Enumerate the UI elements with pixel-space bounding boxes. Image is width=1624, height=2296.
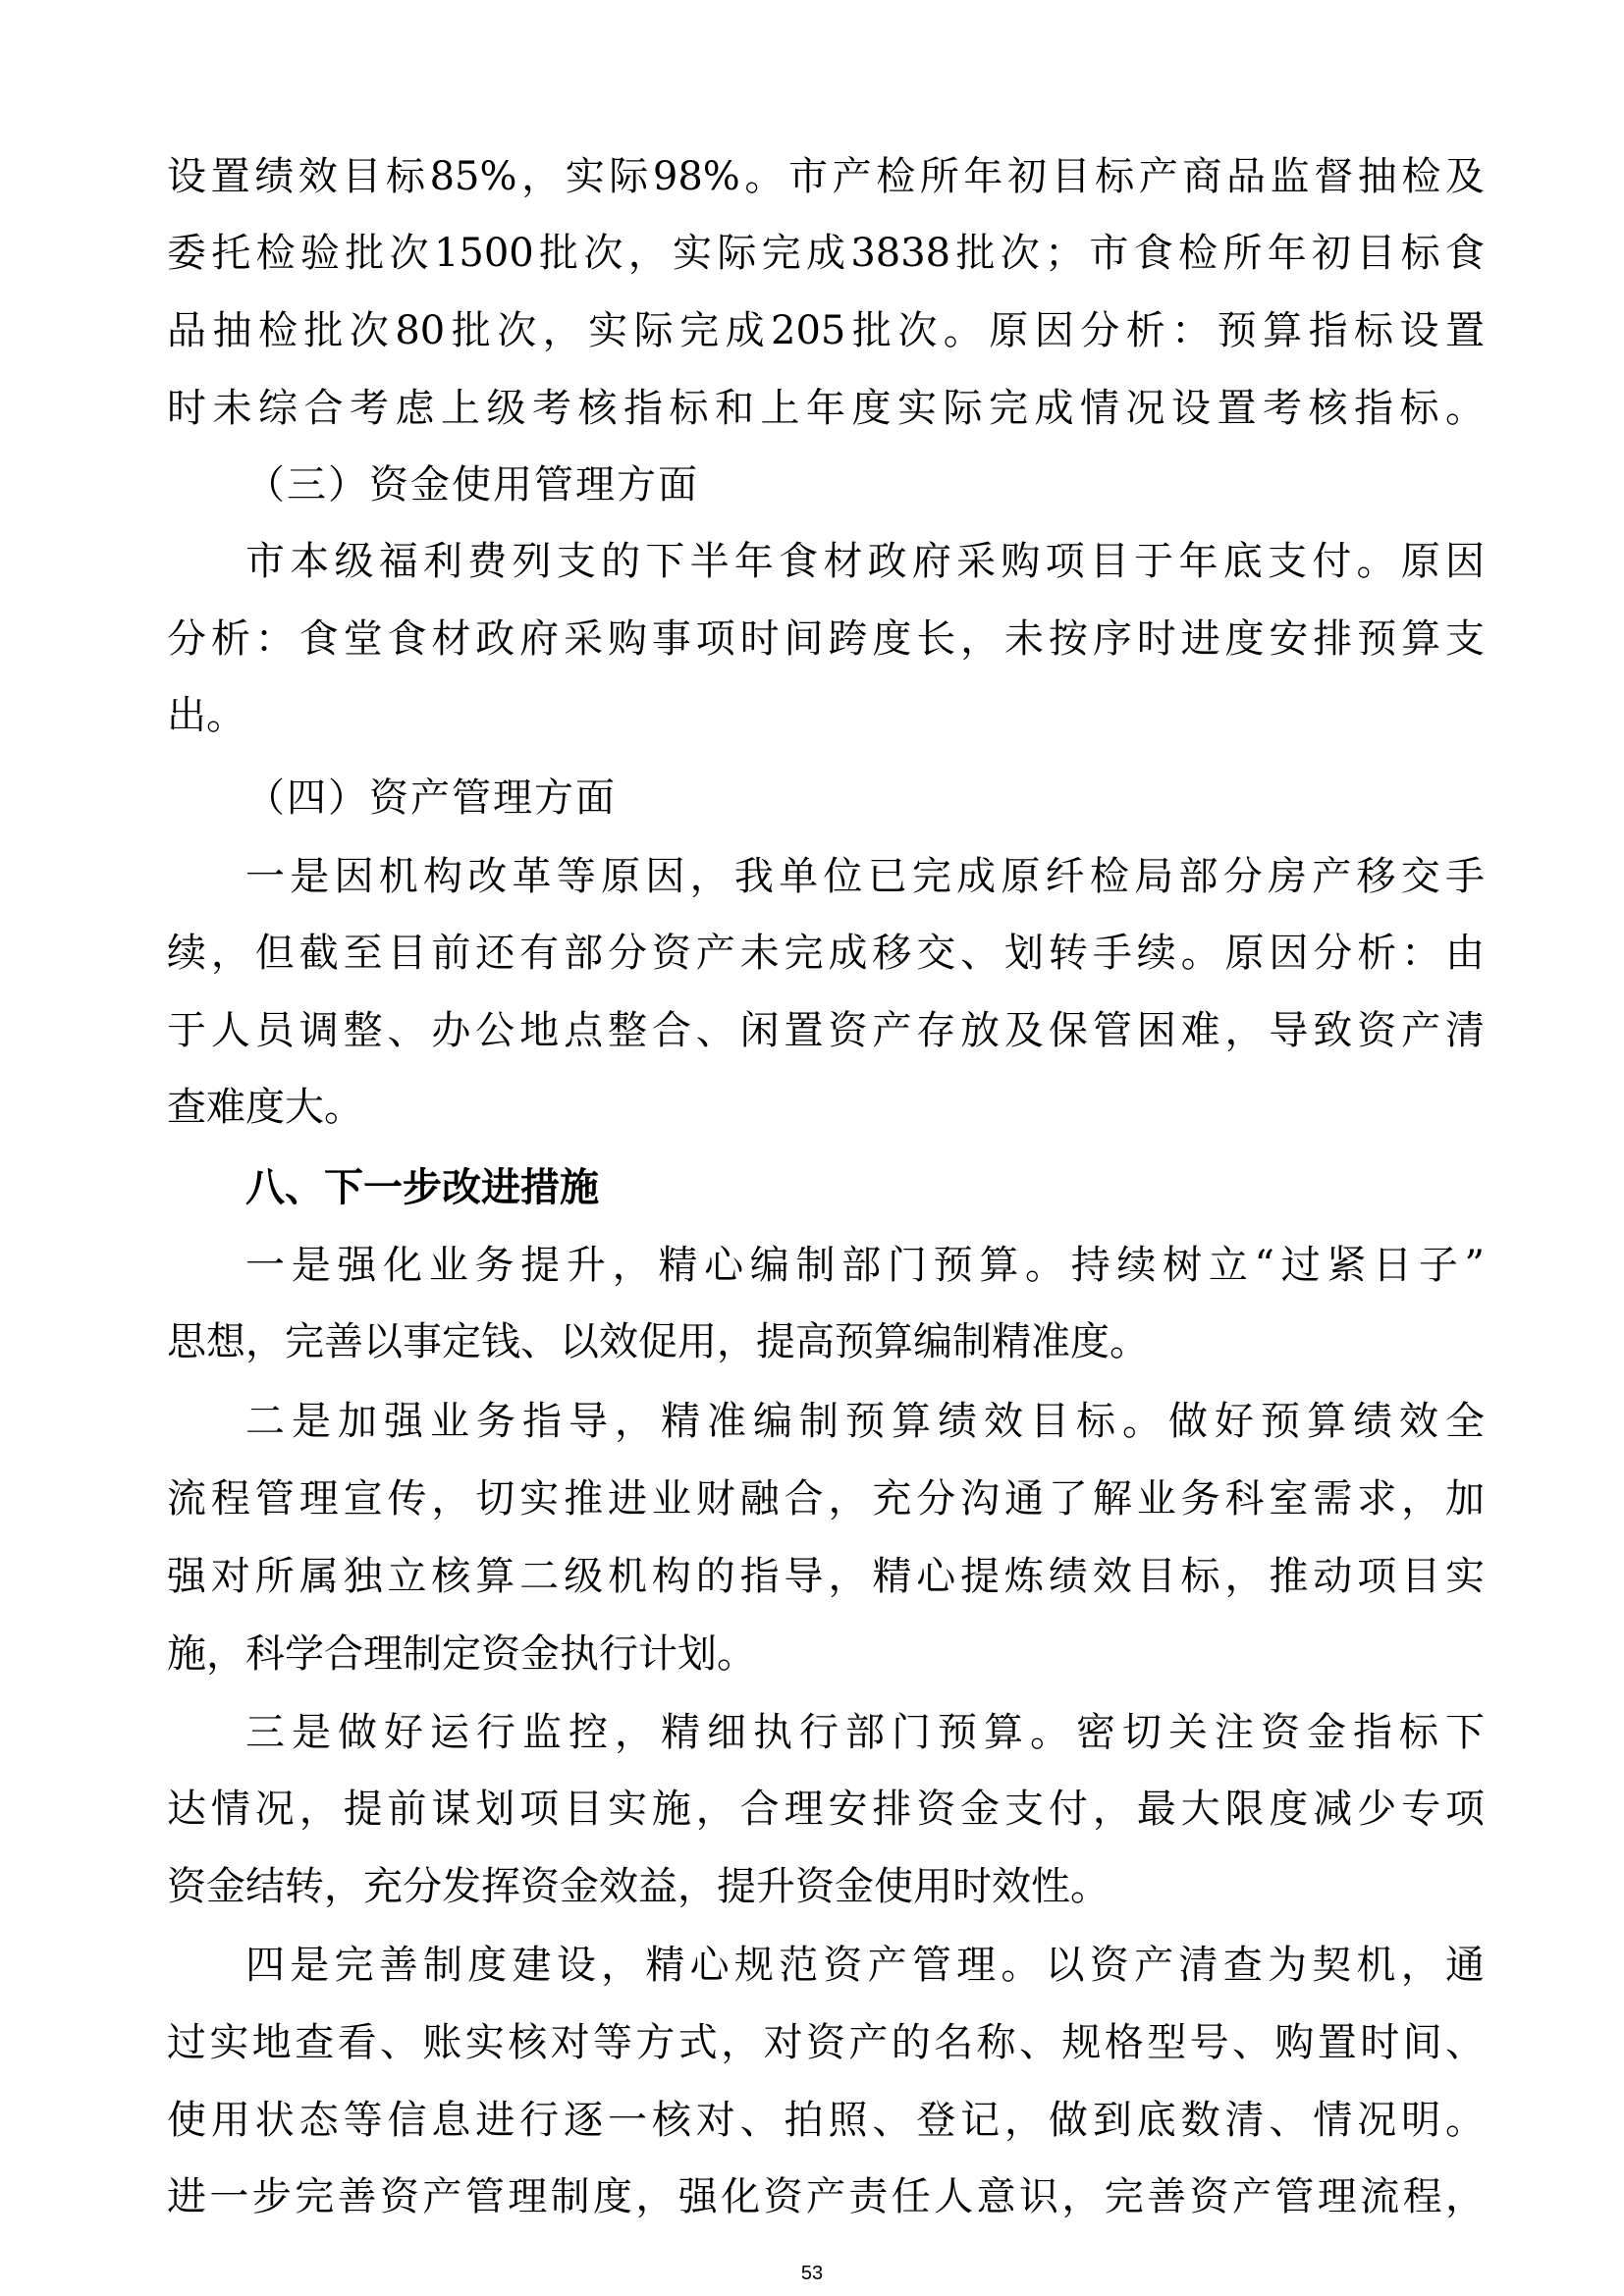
paragraph-last-line: 查难度大。 [167, 1080, 1485, 1135]
paragraph-line: 品抽检批次80批次，实际完成205批次。原因分析：预算指标设置 [167, 303, 1485, 358]
section-heading: （三）资金使用管理方面 [245, 457, 699, 512]
paragraph-line: 续，但截至目前还有部分资产未完成移交、划转手续。原因分析：由 [167, 926, 1485, 981]
page-number: 53 [0, 2263, 1624, 2285]
paragraph-last-line: 资金结转，充分发挥资金效益，提升资金使用时效性。 [167, 1859, 1485, 1914]
paragraph-first-line: 一是因机构改革等原因，我单位已完成原纤检局部分房产移交手 [245, 849, 1485, 904]
section-heading: （四）资产管理方面 [245, 771, 617, 826]
paragraph-first-line: 二是加强业务指导，精准编制预算绩效目标。做好预算绩效全 [245, 1394, 1485, 1449]
paragraph-line: 强对所属独立核算二级机构的指导，精心提炼绩效目标，推动项目实 [167, 1549, 1485, 1604]
document-page: 设置绩效目标85%，实际98%。市产检所年初目标产商品监督抽检及委托检验批次15… [0, 0, 1624, 2296]
paragraph-first-line: 四是完善制度建设，精心规范资产管理。以资产清查为契机，通 [245, 1938, 1485, 1993]
paragraph-line: 使用状态等信息进行逐一核对、拍照、登记，做到底数清、情况明。 [167, 2093, 1485, 2148]
chapter-heading: 八、下一步改进措施 [245, 1160, 599, 1215]
paragraph-last-line: 思想，完善以事定钱、以效促用，提高预算编制精准度。 [167, 1314, 1485, 1369]
paragraph-last-line: 施，科学合理制定资金执行计划。 [167, 1627, 1485, 1682]
paragraph-first-line: 三是做好运行监控，精细执行部门预算。密切关注资金指标下 [245, 1705, 1485, 1760]
paragraph-line: 委托检验批次1500批次，实际完成3838批次；市食检所年初目标食 [167, 226, 1485, 281]
paragraph-line: 过实地查看、账实核对等方式，对资产的名称、规格型号、购置时间、 [167, 2015, 1485, 2070]
paragraph-line: 达情况，提前谋划项目实施，合理安排资金支付，最大限度减少专项 [167, 1782, 1485, 1837]
paragraph-first-line: 一是强化业务提升，精心编制部门预算。持续树立“过紧日子” [245, 1238, 1485, 1293]
paragraph-line: 设置绩效目标85%，实际98%。市产检所年初目标产商品监督抽检及 [167, 149, 1485, 204]
paragraph-line: 分析：食堂食材政府采购事项时间跨度长，未按序时进度安排预算支 [167, 612, 1485, 667]
paragraph-line: 流程管理宣传，切实推进业财融合，充分沟通了解业务科室需求，加 [167, 1471, 1485, 1526]
paragraph-first-line: 市本级福利费列支的下半年食材政府采购项目于年底支付。原因 [245, 534, 1485, 589]
paragraph-line: 进一步完善资产管理制度，强化资产责任人意识，完善资产管理流程， [167, 2169, 1485, 2224]
paragraph-line: 时未综合考虑上级考核指标和上年度实际完成情况设置考核指标。 [167, 381, 1485, 436]
paragraph-line: 于人员调整、办公地点整合、闲置资产存放及保管困难，导致资产清 [167, 1003, 1485, 1058]
paragraph-last-line: 出。 [167, 688, 1485, 743]
